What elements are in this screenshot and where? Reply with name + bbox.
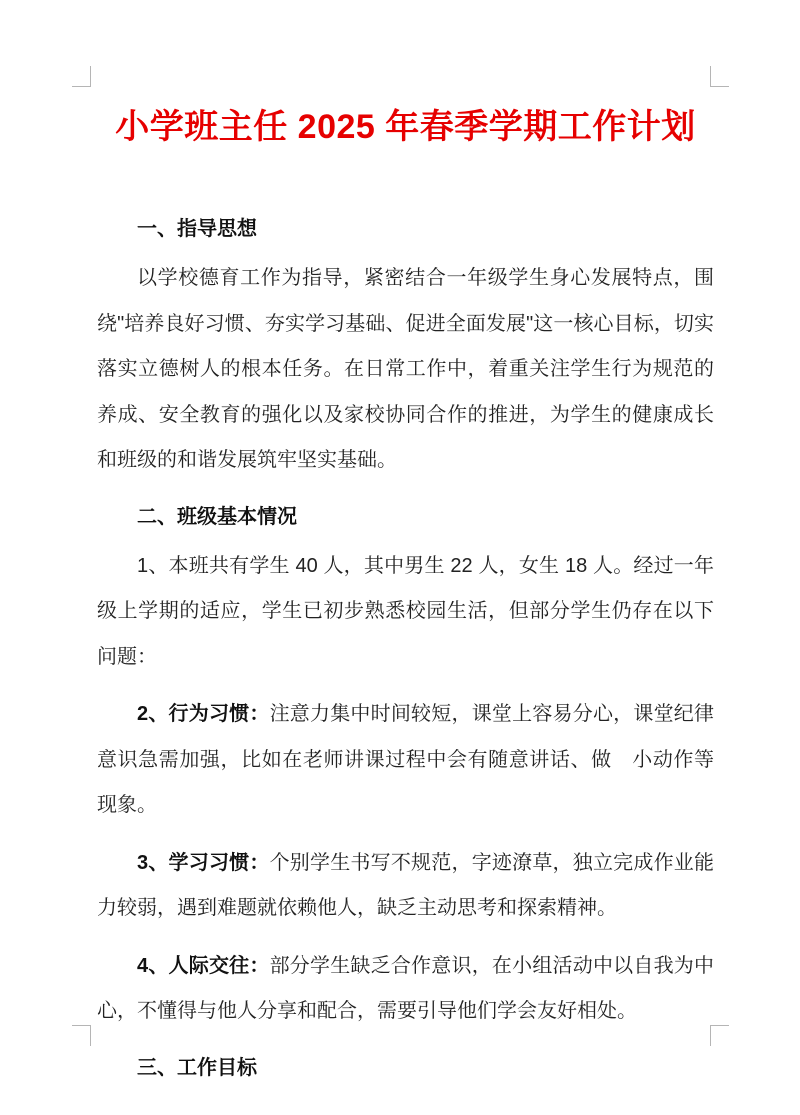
- margin-mark-top-right: [710, 66, 729, 87]
- paragraph-text: 以学校德育工作为指导，紧密结合一年级学生身心发展特点，围绕"培养良好习惯、夯实学…: [97, 267, 714, 471]
- paragraph-lead: 2、行为习惯：: [137, 703, 270, 725]
- paragraph: 以学校德育工作为指导，紧密结合一年级学生身心发展特点，围绕"培养良好习惯、夯实学…: [97, 256, 714, 484]
- document-sections: 一、指导思想 以学校德育工作为指导，紧密结合一年级学生身心发展特点，围绕"培养良…: [97, 214, 714, 1083]
- paragraph-lead: 3、学习习惯：: [137, 852, 270, 874]
- paragraph-lead: 4、人际交往：: [137, 955, 270, 977]
- section-heading: 二、班级基本情况: [97, 502, 714, 532]
- margin-mark-bottom-left: [72, 1025, 91, 1046]
- document-title: 小学班主任 2025 年春季学期工作计划: [97, 104, 714, 150]
- document-section: 一、指导思想 以学校德育工作为指导，紧密结合一年级学生身心发展特点，围绕"培养良…: [97, 214, 714, 484]
- paragraph: 1、本班共有学生 40 人，其中男生 22 人，女生 18 人。经过一年级上学期…: [97, 544, 714, 681]
- paragraph: 3、学习习惯：个别学生书写不规范，字迹潦草，独立完成作业能力较弱，遇到难题就依赖…: [97, 841, 714, 932]
- document-page: 小学班主任 2025 年春季学期工作计划 一、指导思想 以学校德育工作为指导，紧…: [97, 104, 714, 1083]
- section-heading: 三、工作目标: [97, 1053, 714, 1083]
- section-heading: 一、指导思想: [97, 214, 714, 244]
- paragraph: 2、行为习惯：注意力集中时间较短，课堂上容易分心，课堂纪律意识急需加强，比如在老…: [97, 692, 714, 829]
- margin-mark-top-left: [72, 66, 91, 87]
- document-section: 二、班级基本情况 1、本班共有学生 40 人，其中男生 22 人，女生 18 人…: [97, 502, 714, 1035]
- document-section: 三、工作目标: [97, 1053, 714, 1083]
- paragraph-text: 1、本班共有学生 40 人，其中男生 22 人，女生 18 人。经过一年级上学期…: [97, 555, 714, 668]
- page-background: { "page": { "title": "小学班主任 2025 年春季学期工作…: [0, 0, 800, 1115]
- paragraph: 4、人际交往：部分学生缺乏合作意识，在小组活动中以自我为中心，不懂得与他人分享和…: [97, 944, 714, 1035]
